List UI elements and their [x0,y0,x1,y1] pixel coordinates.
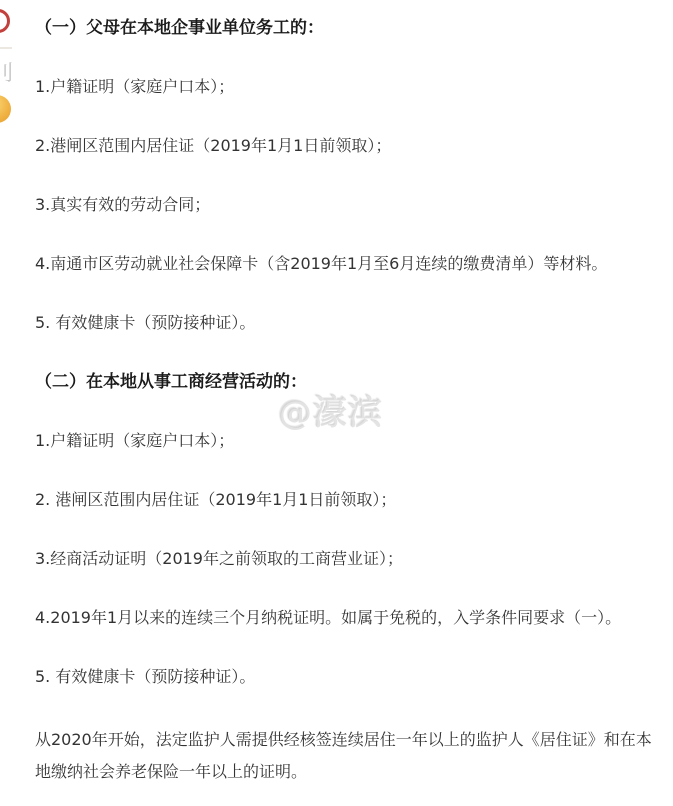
red-ring-icon[interactable] [0,9,10,33]
section-2-item-4: 4.2019年1月以来的连续三个月纳税证明。如属于免税的，入学条件同要求（一）。 [35,606,657,630]
section-1-item-1: 1.户籍证明（家庭户口本）； [35,75,657,99]
section-2-item-1: 1.户籍证明（家庭户口本）； [35,429,657,453]
section-1-item-3: 3.真实有效的劳动合同； [35,193,657,217]
section-1-item-4: 4.南通市区劳动就业社会保障卡（含2019年1月至6月连续的缴费清单）等材料。 [35,252,657,276]
side-divider-line [0,47,12,49]
section-2-item-2: 2. 港闸区范围内居住证（2019年1月1日前领取）； [35,488,657,512]
section-2-item-3: 3.经商活动证明（2019年之前领取的工商营业证）； [35,547,657,571]
section-2-heading: （二）在本地从事工商经营活动的： [35,370,657,394]
partial-character-glyph: 刂 [0,62,14,84]
section-2-item-5: 5. 有效健康卡（预防接种证）。 [35,665,657,689]
section-1-heading: （一）父母在本地企事业单位务工的： [35,16,657,40]
closing-note: 从2020年开始，法定监护人需提供经核签连续居住一年以上的监护人《居住证》和在本… [35,724,657,788]
section-1-item-5: 5. 有效健康卡（预防接种证）。 [35,311,657,335]
article-content: （一）父母在本地企事业单位务工的： 1.户籍证明（家庭户口本）； 2.港闸区范围… [35,16,657,788]
left-edge-icon-strip: 刂 [0,0,20,200]
yellow-coin-icon[interactable] [0,95,11,123]
section-1-item-2: 2.港闸区范围内居住证（2019年1月1日前领取）； [35,134,657,158]
